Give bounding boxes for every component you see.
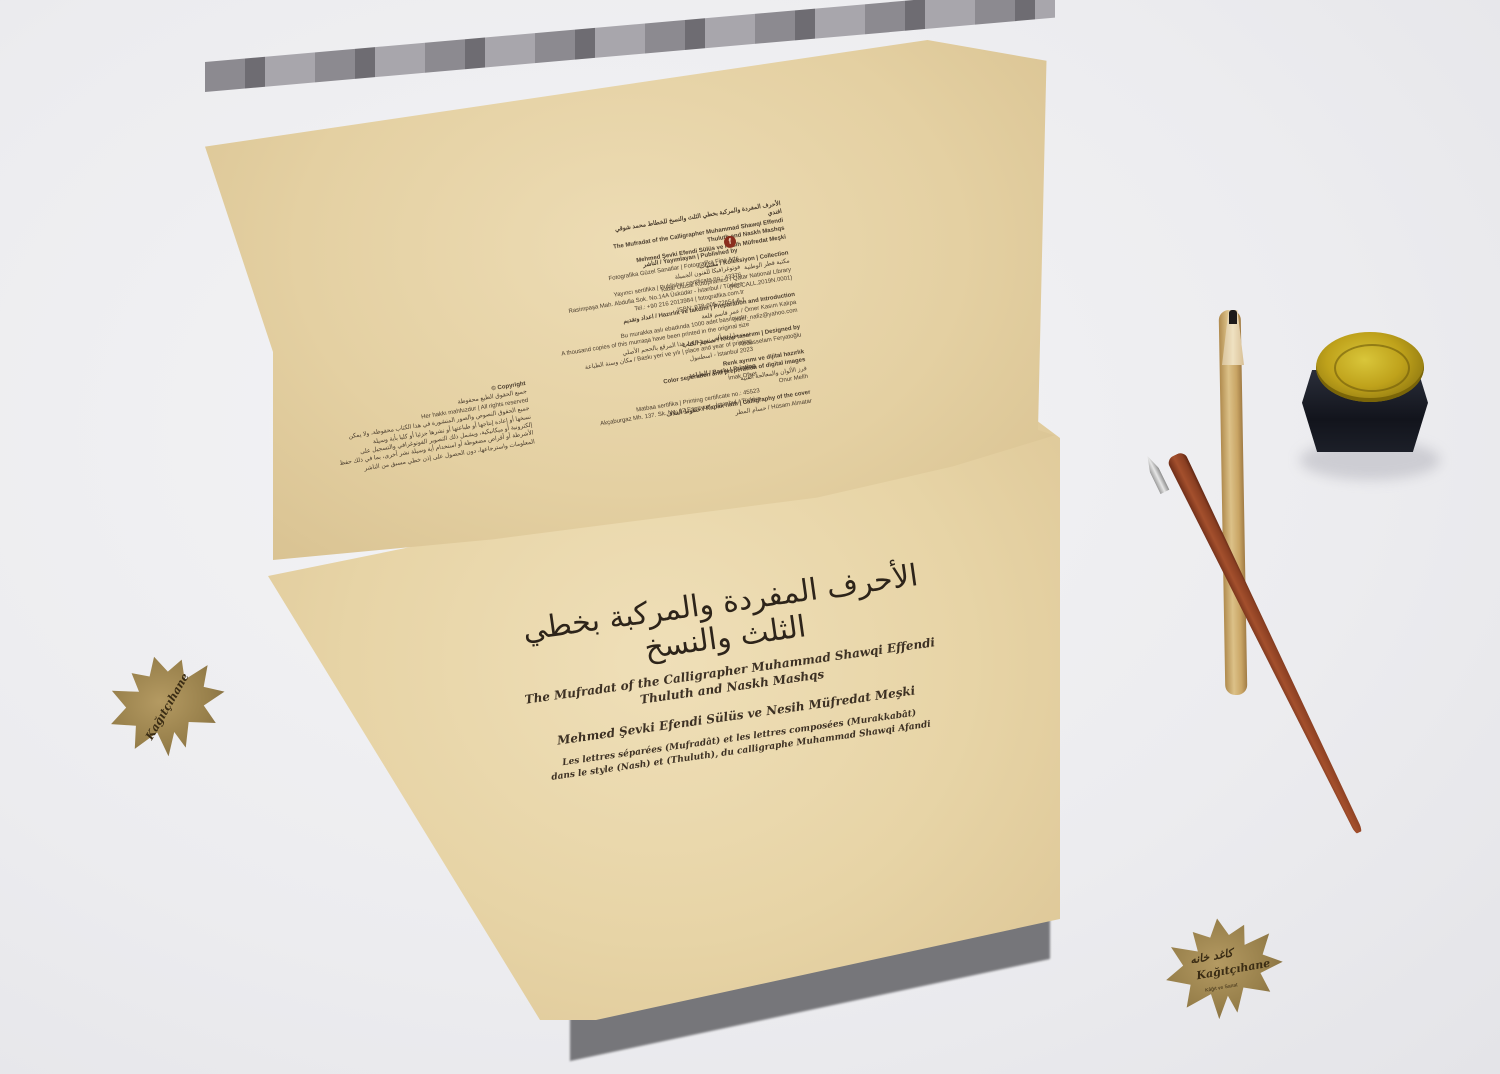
- ink-jar-lid-rim: [1334, 344, 1410, 392]
- colophon-publisher: fالناشر / Yayımlayan | Published byFotog…: [508, 235, 762, 439]
- photo-scene: الأحرف المفردة والمركبة بخطي الثلث والنس…: [0, 0, 1500, 1074]
- bamboo-qalam-ink-tip: [1229, 310, 1237, 324]
- open-book: الأحرف المفردة والمركبة بخطي الثلث والنس…: [0, 0, 1500, 1074]
